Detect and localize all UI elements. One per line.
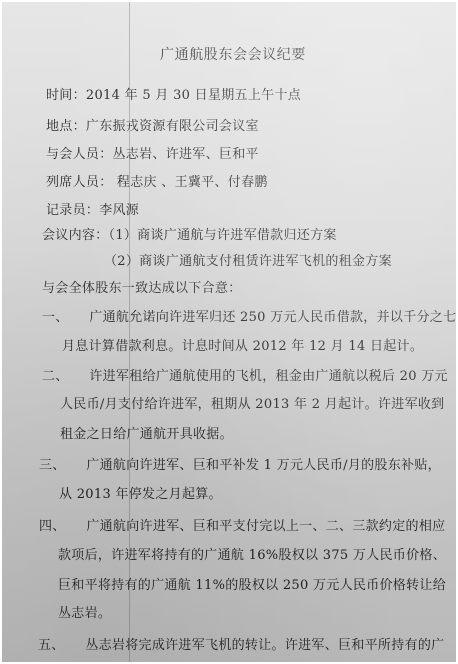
document-title: 广通航股东会会议纪要 <box>160 44 306 64</box>
meeting-place: 地点：广东振戎资源有限公司会议室 <box>46 115 259 134</box>
clause-4-line-1: 四、 广通航向许进军、巨和平支付完以上一、二、三款约定的相应 <box>39 515 445 534</box>
agenda-item-1-text: （1）商谈广通航与许进军借款归还方案 <box>109 228 337 243</box>
clause-2-line-3: 租金之日给广通航开具收据。 <box>60 423 233 442</box>
clause-3-line-2: 从 2013 年停发之月起算。 <box>59 483 222 502</box>
consensus-intro: 与会全体股东一致达成以下合意： <box>42 277 242 296</box>
clause-2-line-1: 二、 许进军租给广通航使用的飞机，租金由广通航以税后 20 万元 <box>42 365 448 384</box>
clause-2-line-2: 人民币/月支付给许进军，租期从 2013 年 2 月起计。许进军收到 <box>60 393 444 412</box>
clause-5-number: 五、 <box>38 634 72 653</box>
clause-3-number: 三、 <box>39 454 73 473</box>
clause-3-line-1: 三、 广通航向许进军、巨和平补发 1 万元人民币/月的股东补贴， <box>39 454 441 473</box>
meeting-observers: 列席人员： 程志庆 、王冀平、付春鹏 <box>46 171 268 190</box>
clause-4-number: 四、 <box>39 515 73 534</box>
clause-4-line-4: 丛志岩。 <box>58 602 111 621</box>
agenda-item-1: 会议内容：（1）商谈广通航与许进军借款归还方案 <box>42 224 337 243</box>
meeting-recorder: 记录员：李风源 <box>46 199 139 218</box>
meeting-time: 时间：2014 年 5 月 30 日星期五上午十点 <box>46 84 301 103</box>
clause-4-line-2: 款项后，许进军将持有的广通航 16%股权以 375 万人民币价格、 <box>58 544 446 563</box>
clause-5-line-1: 五、 丛志岩将完成许进军飞机的转让。许进军、巨和平所持有的广 <box>38 634 444 653</box>
document-page: 广通航股东会会议纪要 时间：2014 年 5 月 30 日星期五上午十点 地点：… <box>2 2 456 662</box>
clause-1-line-1: 一、 广通航允诺向许进军归还 250 万元人民币借款，并以千分之七 <box>42 306 456 325</box>
clause-1-number: 一、 <box>42 306 76 325</box>
clause-1-line-2: 月息计算借款利息。计息时间从 2012 年 12 月 14 日起计。 <box>62 335 423 354</box>
clause-2-number: 二、 <box>42 365 76 384</box>
clause-4-line-3: 巨和平将持有的广通航 11%的股权以 250 万元人民币价格转让给 <box>58 574 446 593</box>
meeting-attendees: 与会人员：丛志岩、许进军、巨和平 <box>46 143 259 162</box>
agenda-label: 会议内容： <box>42 228 109 243</box>
agenda-item-2: （2）商谈广通航支付租赁许进军飞机的租金方案 <box>104 250 392 269</box>
